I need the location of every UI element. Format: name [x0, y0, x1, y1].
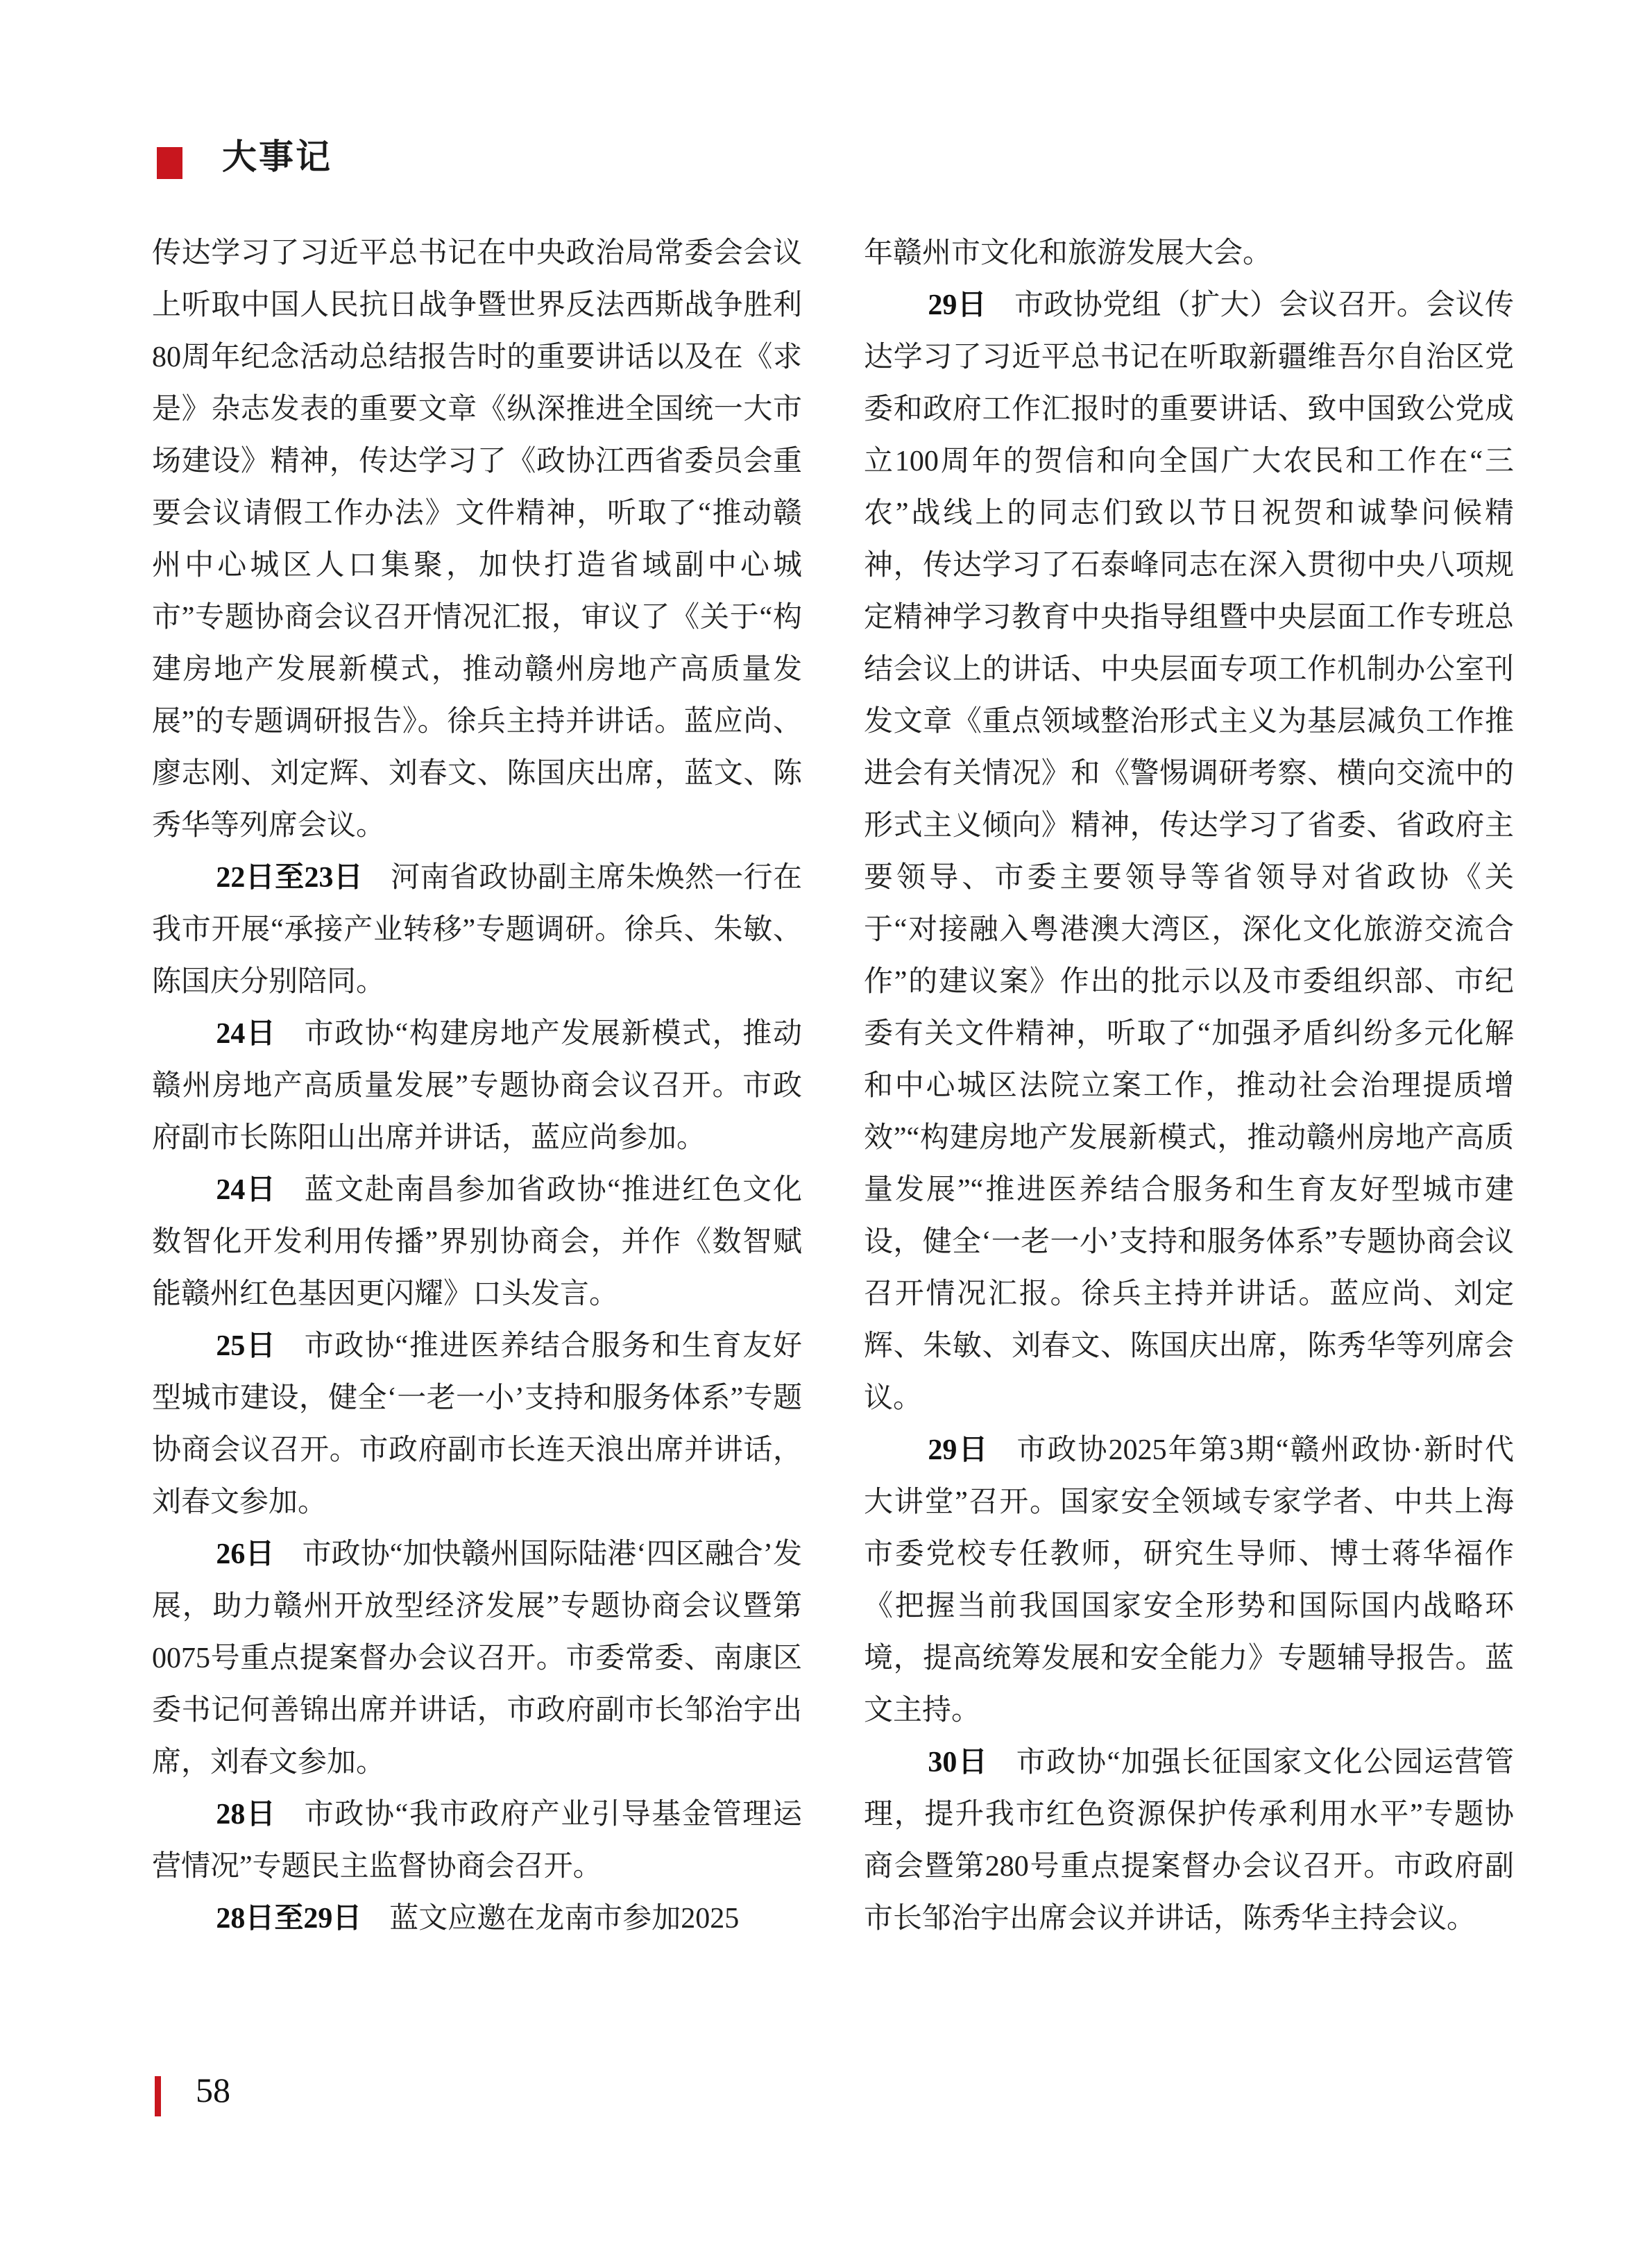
article-body: 传达学习了习近平总书记在中央政治局常委会会议上听取中国人民抗日战争暨世界反法西斯…	[152, 228, 1514, 1945]
event-date: 22日至23日	[216, 862, 363, 894]
event-paragraph: 29日市政协2025年第3期“赣州政协·新时代大讲堂”召开。国家安全领域专家学者…	[864, 1425, 1514, 1737]
event-date: 29日	[928, 289, 987, 321]
event-text: 市政协“加快赣州国际陆港‘四区融合’发展，助力赣州开放型经济发展”专题协商会议暨…	[152, 1538, 802, 1778]
event-text: 蓝文应邀在龙南市参加2025	[389, 1903, 739, 1935]
event-date: 24日	[216, 1174, 276, 1206]
event-paragraph: 24日蓝文赴南昌参加省政协“推进红色文化数智化开发利用传播”界别协商会，并作《数…	[152, 1164, 802, 1320]
page-number: 58	[196, 2071, 230, 2109]
section-marker-square	[157, 147, 182, 179]
left-column: 传达学习了习近平总书记在中央政治局常委会会议上听取中国人民抗日战争暨世界反法西斯…	[152, 228, 802, 1945]
event-date: 30日	[928, 1747, 988, 1778]
event-paragraph: 29日市政协党组（扩大）会议召开。会议传达学习了习近平总书记在听取新疆维吾尔自治…	[864, 280, 1514, 1425]
event-date: 28日至29日	[216, 1903, 361, 1935]
event-date: 26日	[216, 1538, 274, 1570]
event-paragraph: 22日至23日河南省政协副主席朱焕然一行在我市开展“承接产业转移”专题调研。徐兵…	[152, 852, 802, 1008]
page-title: 大事记	[222, 136, 332, 178]
event-paragraph: 28日市政协“我市政府产业引导基金管理运营情况”专题民主监督协商会召开。	[152, 1789, 802, 1893]
event-date: 28日	[216, 1799, 276, 1831]
document-page: 大事记 传达学习了习近平总书记在中央政治局常委会会议上听取中国人民抗日战争暨世界…	[0, 0, 1652, 2242]
event-text: 市政协2025年第3期“赣州政协·新时代大讲堂”召开。国家安全领域专家学者、中共…	[864, 1434, 1514, 1726]
event-paragraph: 26日市政协“加快赣州国际陆港‘四区融合’发展，助力赣州开放型经济发展”专题协商…	[152, 1529, 802, 1789]
event-text: 市政协党组（扩大）会议召开。会议传达学习了习近平总书记在听取新疆维吾尔自治区党委…	[864, 289, 1514, 1414]
event-text: 年赣州市文化和旅游发展大会。	[864, 237, 1272, 269]
event-date: 24日	[216, 1018, 276, 1050]
event-paragraph: 28日至29日蓝文应邀在龙南市参加2025	[152, 1893, 802, 1945]
event-text: 传达学习了习近平总书记在中央政治局常委会会议上听取中国人民抗日战争暨世界反法西斯…	[152, 237, 802, 842]
event-paragraph: 传达学习了习近平总书记在中央政治局常委会会议上听取中国人民抗日战争暨世界反法西斯…	[152, 228, 802, 852]
event-paragraph: 24日市政协“构建房地产发展新模式，推动赣州房地产高质量发展”专题协商会议召开。…	[152, 1008, 802, 1164]
event-paragraph: 30日市政协“加强长征国家文化公园运营管理，提升我市红色资源保护传承利用水平”专…	[864, 1737, 1514, 1945]
right-column: 年赣州市文化和旅游发展大会。 29日市政协党组（扩大）会议召开。会议传达学习了习…	[864, 228, 1514, 1945]
event-date: 29日	[928, 1434, 989, 1466]
event-paragraph: 25日市政协“推进医养结合服务和生育友好型城市建设，健全‘一老一小’支持和服务体…	[152, 1320, 802, 1529]
event-date: 25日	[216, 1330, 276, 1362]
event-paragraph: 年赣州市文化和旅游发展大会。	[864, 228, 1514, 280]
page-number-marker-bar	[155, 2076, 161, 2116]
